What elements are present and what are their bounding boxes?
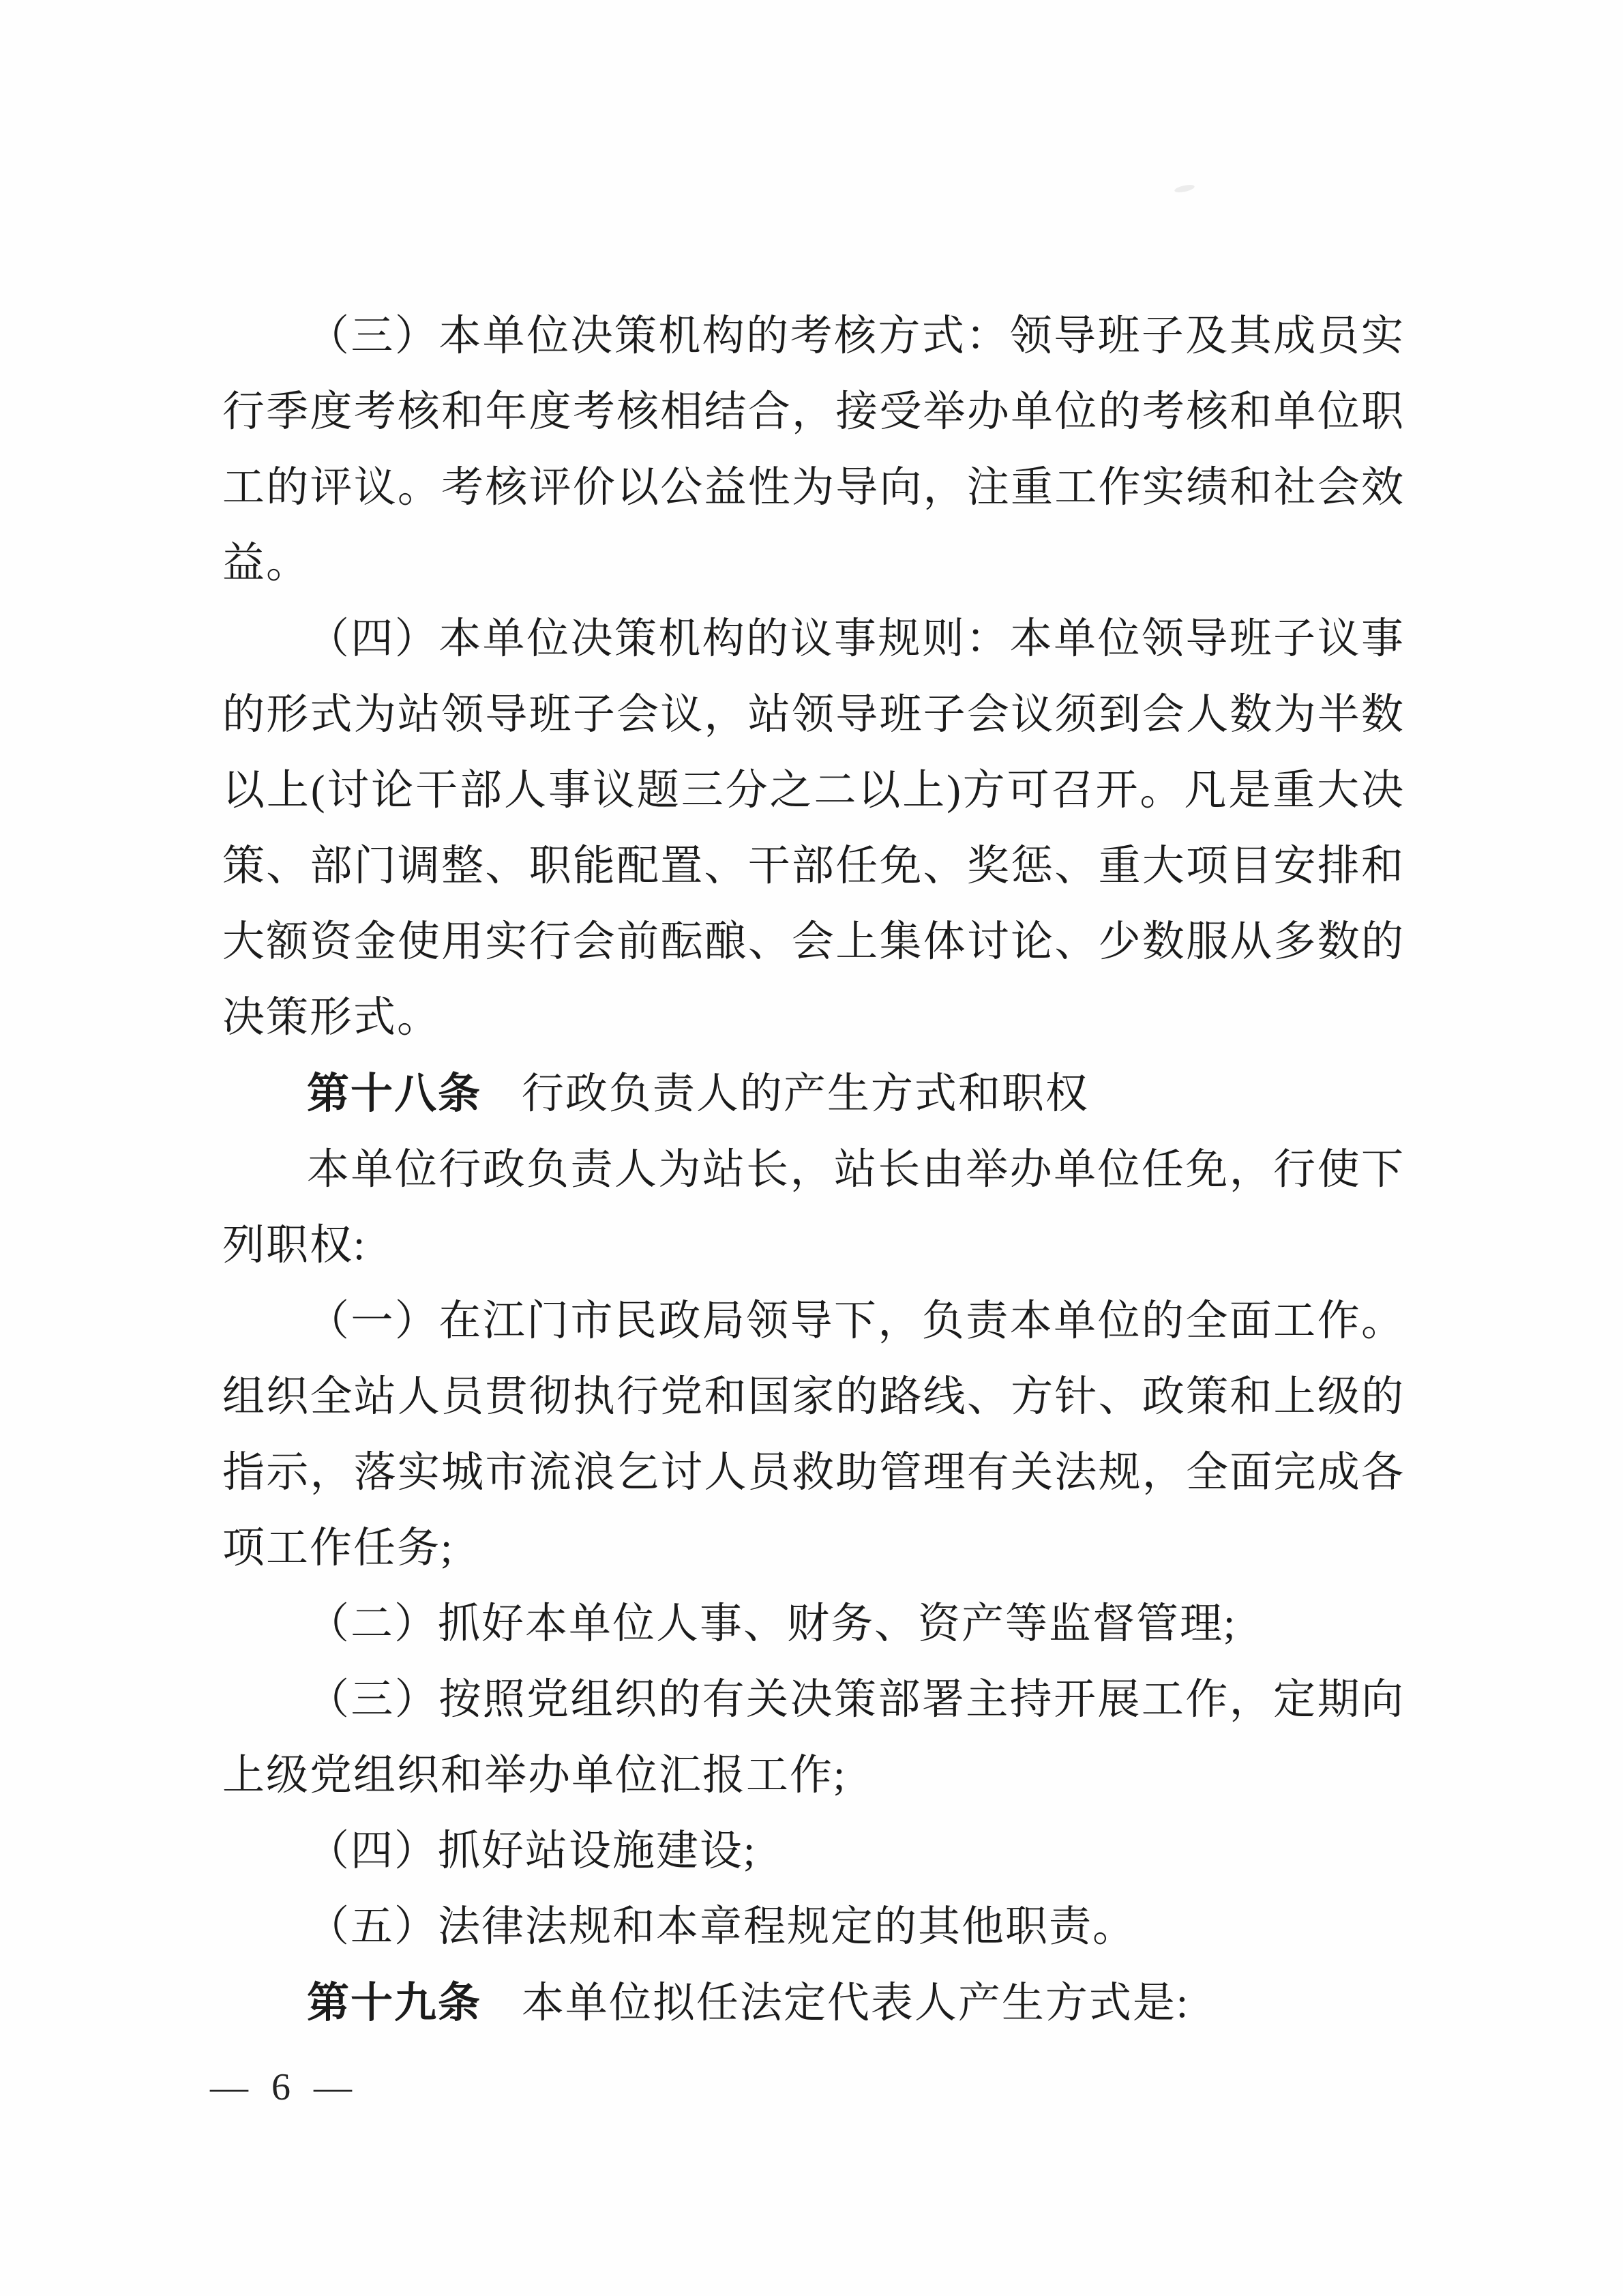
article-number: 第十八条 — [307, 1070, 481, 1117]
body-paragraph: （四）本单位决策机构的议事规则：本单位领导班子议事的形式为站领导班子会议，站领导… — [222, 602, 1405, 1056]
body-paragraph: （一）在江门市民政局领导下，负责本单位的全面工作。组织全站人员贯彻执行党和国家的… — [222, 1284, 1405, 1587]
body-paragraph: （四）抓好站设施建设; — [222, 1814, 1405, 1889]
document-body: （三）本单位决策机构的考核方式：领导班子及其成员实行季度考核和年度考核相结合，接… — [222, 299, 1405, 2042]
body-paragraph: 本单位行政负责人为站长，站长由举办单位任免，行使下列职权: — [222, 1132, 1405, 1284]
body-paragraph: （三）本单位决策机构的考核方式：领导班子及其成员实行季度考核和年度考核相结合，接… — [222, 299, 1405, 602]
document-page: （三）本单位决策机构的考核方式：领导班子及其成员实行季度考核和年度考核相结合，接… — [0, 0, 1623, 2296]
article-number: 第十九条 — [307, 1979, 481, 2027]
body-paragraph: （五）法律法规和本章程规定的其他职责。 — [222, 1889, 1405, 1965]
page-number: — 6 — — [210, 2065, 359, 2109]
article-heading-paragraph: 第十八条行政负责人的产生方式和职权 — [222, 1056, 1405, 1132]
article-heading-paragraph: 第十九条本单位拟任法定代表人产生方式是: — [222, 1965, 1405, 2042]
scan-smudge-artifact — [1174, 183, 1195, 194]
body-paragraph: （三）按照党组织的有关决策部署主持开展工作，定期向上级党组织和举办单位汇报工作; — [222, 1662, 1405, 1814]
body-paragraph: （二）抓好本单位人事、财务、资产等监督管理; — [222, 1587, 1405, 1662]
